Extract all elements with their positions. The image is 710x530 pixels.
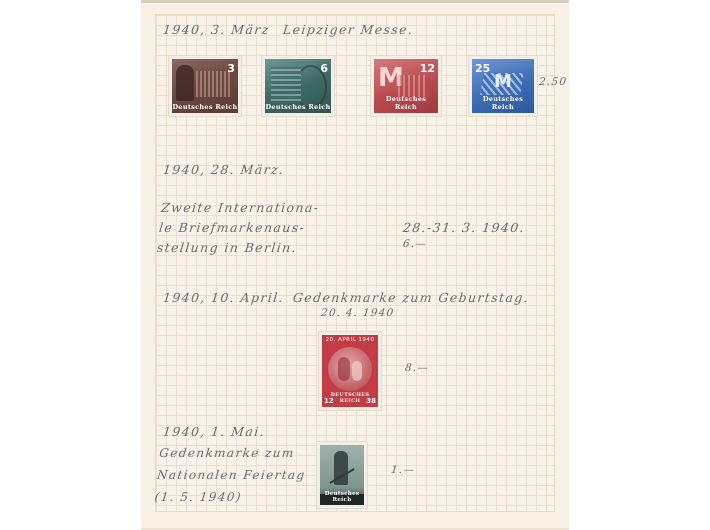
- messe-mm-icon: M: [494, 71, 512, 92]
- section3-subtitle: 20. 4. 1940: [320, 307, 395, 319]
- section2-price-note: 6.—: [402, 238, 427, 250]
- section4-description: Gedenkmarke zum Nationalen Feiertag (1. …: [154, 442, 310, 508]
- section3-date: 1940, 10. April.: [162, 290, 285, 305]
- stamp-leipzig-25[interactable]: M 25 Deutsches Reich: [469, 56, 537, 116]
- section4-price-note: 1.—: [390, 464, 415, 476]
- section1-title: Leipziger Messe.: [282, 22, 414, 37]
- stamp-figure-icon: [338, 357, 350, 381]
- stamp-birthday-12[interactable]: 20. APRIL 1940 12 38 DEUTSCHES REICH: [319, 332, 381, 410]
- stamp-feiertag-6[interactable]: Deutsches Reich: [317, 442, 367, 508]
- stamp-child-icon: [352, 361, 362, 381]
- section1-date: 1940, 3. März: [162, 22, 270, 37]
- section2-period: 28.-31. 3. 1940.: [402, 220, 526, 235]
- stamp-leipzig-3[interactable]: 3 Deutsches Reich: [169, 56, 241, 116]
- stamp-figure-icon: [176, 65, 194, 101]
- section2-description: Zweite Internationa- le Briefmarkenaus- …: [156, 198, 321, 258]
- stamp-leipzig-6[interactable]: 6 Deutsches Reich: [262, 56, 334, 116]
- stamp-leipzig-12[interactable]: M 12 Deutsches Reich: [371, 56, 441, 116]
- album-page: 1940, 3. März Leipziger Messe. 3 Deutsch…: [141, 0, 569, 530]
- stamp-medallion-icon: [328, 347, 372, 391]
- section2-date: 1940, 28. März.: [162, 162, 285, 177]
- section3-price-note: 8.—: [404, 362, 429, 374]
- section3-title: Gedenkmarke zum Geburtstag.: [292, 290, 530, 305]
- section4-date: 1940, 1. Mai.: [162, 424, 266, 439]
- stamp-building-icon: [398, 75, 428, 97]
- section1-price-note: 2.50: [538, 76, 567, 88]
